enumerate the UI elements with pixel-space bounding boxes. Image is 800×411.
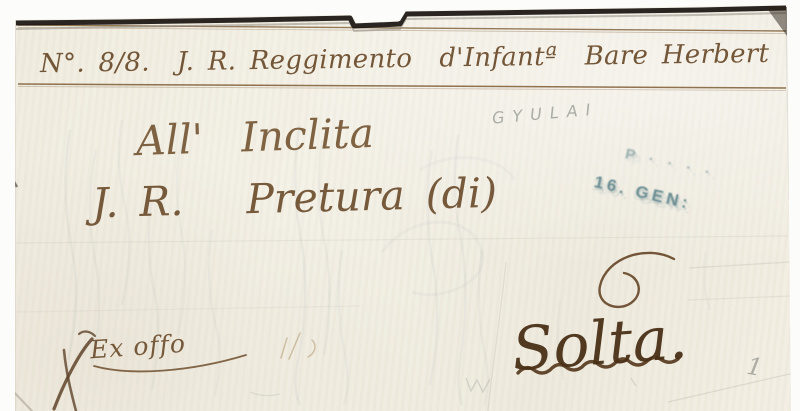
office-note: Ex offo bbox=[89, 331, 186, 363]
paraph-mark bbox=[10, 332, 95, 411]
address-salutation: All' Inclita bbox=[135, 113, 374, 162]
address-authority: J. R. Pretura (di) bbox=[92, 173, 498, 225]
letter-scan: N°. 8/8. J. R. Reggimento d'Infantª Bare… bbox=[0, 0, 800, 411]
pencil-scribbles bbox=[250, 378, 636, 396]
solta-flourish bbox=[600, 253, 674, 307]
address-destination: Solta. bbox=[510, 308, 689, 380]
